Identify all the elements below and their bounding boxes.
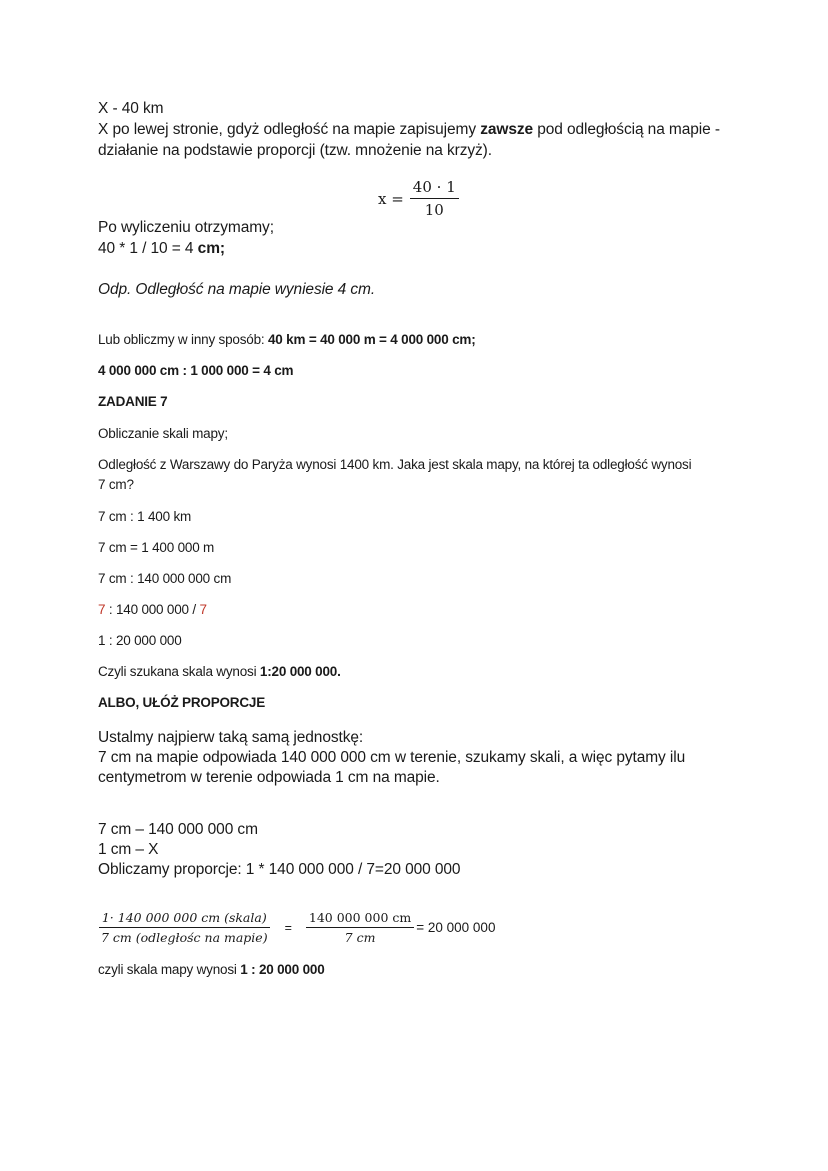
text-line: 7 cm = 1 400 000 m [98,540,214,555]
text-line: Czyli szukana skala wynosi 1:20 000 000. [98,664,341,679]
text-line: centymetrom w terenie odpowiada 1 cm na … [98,769,440,787]
text-line: Lub obliczmy w inny sposób: 40 km = 40 0… [98,332,476,347]
equation-x: x = 40 · 1 10 [378,178,459,219]
section-heading: ZADANIE 7 [98,394,167,409]
text-line: 7 cm : 1 400 km [98,509,191,524]
section-heading: ALBO, UŁÓŻ PROPORCJE [98,695,265,710]
text-line: 7 cm na mapie odpowiada 140 000 000 cm w… [98,749,685,767]
document-page: X - 40 km X po lewej stronie, gdyż odleg… [0,0,828,1171]
text-line: Po wyliczeniu otrzymamy; [98,219,274,237]
text-line: Obliczamy proporcje: 1 * 140 000 000 / 7… [98,861,460,879]
answer-line: Odp. Odległość na mapie wyniesie 4 cm. [98,281,375,299]
text-line: czyli skala mapy wynosi 1 : 20 000 000 [98,962,325,977]
text-line: Obliczanie skali mapy; [98,426,228,441]
text-line: Odległość z Warszawy do Paryża wynosi 14… [98,457,691,472]
text-line: 1 cm – X [98,841,158,859]
fraction: 40 · 1 10 [410,178,459,219]
text-line: X po lewej stronie, gdyż odległość na ma… [98,121,720,139]
text-line: X - 40 km [98,100,163,118]
equation-scale: 1· 140 000 000 cm (skala) 7 cm (odległoś… [98,910,495,945]
text-line: 7 : 140 000 000 / 7 [98,602,207,617]
text-line: 7 cm – 140 000 000 cm [98,821,258,839]
text-line: 7 cm : 140 000 000 cm [98,571,231,586]
fraction: 140 000 000 cm 7 cm [306,910,414,945]
text-line: 40 * 1 / 10 = 4 cm; [98,240,225,258]
text-line: Ustalmy najpierw taką samą jednostkę: [98,729,363,747]
text-line: 7 cm? [98,477,134,492]
text-line: 1 : 20 000 000 [98,633,182,648]
fraction: 1· 140 000 000 cm (skala) 7 cm (odległoś… [98,910,271,945]
text-line: 4 000 000 cm : 1 000 000 = 4 cm [98,363,293,378]
text-line: działanie na podstawie proporcji (tzw. m… [98,142,492,160]
